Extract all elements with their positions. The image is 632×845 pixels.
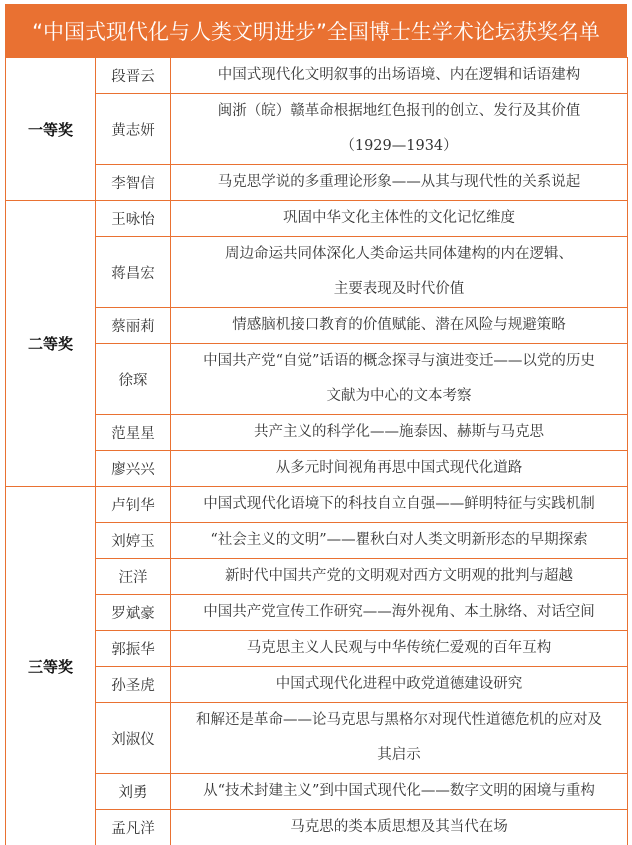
table-row: 孟凡洋马克思的类本质思想及其当代在场: [6, 810, 628, 845]
paper-title-cell: 马克思学说的多重理论形象——从其与现代性的关系说起: [171, 165, 628, 201]
table-row: 蒋昌宏周边命运共同体深化人类命运共同体建构的内在逻辑、主要表现及时代价值: [6, 237, 628, 308]
award-list-document: “中国式现代化与人类文明进步”全国博士生学术论坛获奖名单 一等奖段晋云中国式现代…: [5, 4, 627, 845]
paper-title-line: 巩固中华文化主体性的文化记忆维度: [171, 201, 627, 236]
awards-table: 一等奖段晋云中国式现代化文明叙事的出场语境、内在逻辑和话语建构黄志妍闽浙（皖）赣…: [5, 57, 628, 845]
winner-name-cell: 蒋昌宏: [96, 237, 171, 308]
table-row: 一等奖段晋云中国式现代化文明叙事的出场语境、内在逻辑和话语建构: [6, 58, 628, 94]
table-row: 孙圣虎中国式现代化进程中政党道德建设研究: [6, 667, 628, 703]
paper-title-line: 从多元时间视角再思中国式现代化道路: [171, 451, 627, 486]
paper-title-line: 中国共产党“自觉”话语的概念探寻与演进变迁——以党的历史: [171, 344, 627, 379]
paper-title-cell: 马克思主义人民观与中华传统仁爱观的百年互构: [171, 631, 628, 667]
award-level-cell: 一等奖: [6, 58, 96, 201]
paper-title-line: 共产主义的科学化——施泰因、赫斯与马克思: [171, 415, 627, 450]
paper-title-cell: 新时代中国共产党的文明观对西方文明观的批判与超越: [171, 559, 628, 595]
award-level-cell: 三等奖: [6, 487, 96, 845]
winner-name-cell: 刘淑仪: [96, 703, 171, 774]
paper-title-line: 文献为中心的文本考察: [171, 379, 627, 414]
paper-title-line: 马克思的类本质思想及其当代在场: [171, 810, 627, 845]
paper-title-cell: 中国共产党宣传工作研究——海外视角、本土脉络、对话空间: [171, 595, 628, 631]
paper-title-cell: 马克思的类本质思想及其当代在场: [171, 810, 628, 845]
winner-name-cell: 廖兴兴: [96, 451, 171, 487]
table-row: 郭振华马克思主义人民观与中华传统仁爱观的百年互构: [6, 631, 628, 667]
paper-title-cell: 共产主义的科学化——施泰因、赫斯与马克思: [171, 415, 628, 451]
paper-title-line: 马克思主义人民观与中华传统仁爱观的百年互构: [171, 631, 627, 666]
paper-title-line: 和解还是革命——论马克思与黑格尔对现代性道德危机的应对及: [171, 703, 627, 738]
paper-title-cell: 中国式现代化进程中政党道德建设研究: [171, 667, 628, 703]
winner-name-cell: 王咏怡: [96, 201, 171, 237]
paper-title-line: 中国式现代化语境下的科技自立自强——鲜明特征与实践机制: [171, 487, 627, 522]
winner-name-cell: 范星星: [96, 415, 171, 451]
paper-title-cell: 中国式现代化语境下的科技自立自强——鲜明特征与实践机制: [171, 487, 628, 523]
paper-title-cell: 中国共产党“自觉”话语的概念探寻与演进变迁——以党的历史文献为中心的文本考察: [171, 344, 628, 415]
paper-title-line: 情感脑机接口教育的价值赋能、潜在风险与规避策略: [171, 308, 627, 343]
paper-title-line: 其启示: [171, 738, 627, 773]
table-row: 范星星共产主义的科学化——施泰因、赫斯与马克思: [6, 415, 628, 451]
table-row: 廖兴兴从多元时间视角再思中国式现代化道路: [6, 451, 628, 487]
paper-title-line: 中国式现代化进程中政党道德建设研究: [171, 667, 627, 702]
table-row: 刘婷玉“社会主义的文明”——瞿秋白对人类文明新形态的早期探索: [6, 523, 628, 559]
table-row: 罗斌豪中国共产党宣传工作研究——海外视角、本土脉络、对话空间: [6, 595, 628, 631]
winner-name-cell: 孙圣虎: [96, 667, 171, 703]
paper-title-cell: 和解还是革命——论马克思与黑格尔对现代性道德危机的应对及其启示: [171, 703, 628, 774]
paper-title-line: 从“技术封建主义”到中国式现代化——数字文明的困境与重构: [171, 774, 627, 809]
paper-title-cell: 巩固中华文化主体性的文化记忆维度: [171, 201, 628, 237]
paper-title-line: 中国共产党宣传工作研究——海外视角、本土脉络、对话空间: [171, 595, 627, 630]
winner-name-cell: 蔡丽莉: [96, 308, 171, 344]
paper-title-line: 新时代中国共产党的文明观对西方文明观的批判与超越: [171, 559, 627, 594]
winner-name-cell: 郭振华: [96, 631, 171, 667]
paper-title-line: 闽浙（皖）赣革命根据地红色报刊的创立、发行及其价值: [171, 94, 627, 129]
table-row: 徐琛中国共产党“自觉”话语的概念探寻与演进变迁——以党的历史文献为中心的文本考察: [6, 344, 628, 415]
paper-title-cell: “社会主义的文明”——瞿秋白对人类文明新形态的早期探索: [171, 523, 628, 559]
table-row: 刘淑仪和解还是革命——论马克思与黑格尔对现代性道德危机的应对及其启示: [6, 703, 628, 774]
winner-name-cell: 黄志妍: [96, 94, 171, 165]
winner-name-cell: 刘婷玉: [96, 523, 171, 559]
paper-title-cell: 周边命运共同体深化人类命运共同体建构的内在逻辑、主要表现及时代价值: [171, 237, 628, 308]
paper-title-cell: 情感脑机接口教育的价值赋能、潜在风险与规避策略: [171, 308, 628, 344]
table-row: 刘勇从“技术封建主义”到中国式现代化——数字文明的困境与重构: [6, 774, 628, 810]
paper-title-line: “社会主义的文明”——瞿秋白对人类文明新形态的早期探索: [171, 523, 627, 558]
document-title-bar: “中国式现代化与人类文明进步”全国博士生学术论坛获奖名单: [5, 4, 627, 57]
winner-name-cell: 汪洋: [96, 559, 171, 595]
table-row: 李智信马克思学说的多重理论形象——从其与现代性的关系说起: [6, 165, 628, 201]
paper-title-cell: 从多元时间视角再思中国式现代化道路: [171, 451, 628, 487]
winner-name-cell: 孟凡洋: [96, 810, 171, 845]
table-row: 二等奖王咏怡巩固中华文化主体性的文化记忆维度: [6, 201, 628, 237]
winner-name-cell: 刘勇: [96, 774, 171, 810]
paper-title-cell: 中国式现代化文明叙事的出场语境、内在逻辑和话语建构: [171, 58, 628, 94]
winner-name-cell: 李智信: [96, 165, 171, 201]
table-row: 蔡丽莉情感脑机接口教育的价值赋能、潜在风险与规避策略: [6, 308, 628, 344]
table-row: 三等奖卢钊华中国式现代化语境下的科技自立自强——鲜明特征与实践机制: [6, 487, 628, 523]
awards-table-body: 一等奖段晋云中国式现代化文明叙事的出场语境、内在逻辑和话语建构黄志妍闽浙（皖）赣…: [6, 58, 628, 845]
award-level-cell: 二等奖: [6, 201, 96, 487]
paper-title-cell: 闽浙（皖）赣革命根据地红色报刊的创立、发行及其价值（1929—1934）: [171, 94, 628, 165]
paper-title-line: 周边命运共同体深化人类命运共同体建构的内在逻辑、: [171, 237, 627, 272]
winner-name-cell: 段晋云: [96, 58, 171, 94]
paper-title-line: 主要表现及时代价值: [171, 272, 627, 307]
paper-title-line: （1929—1934）: [171, 129, 627, 164]
table-row: 汪洋新时代中国共产党的文明观对西方文明观的批判与超越: [6, 559, 628, 595]
document-title: “中国式现代化与人类文明进步”全国博士生学术论坛获奖名单: [32, 16, 600, 46]
paper-title-line: 马克思学说的多重理论形象——从其与现代性的关系说起: [171, 165, 627, 200]
paper-title-line: 中国式现代化文明叙事的出场语境、内在逻辑和话语建构: [171, 58, 627, 93]
winner-name-cell: 徐琛: [96, 344, 171, 415]
paper-title-cell: 从“技术封建主义”到中国式现代化——数字文明的困境与重构: [171, 774, 628, 810]
table-row: 黄志妍闽浙（皖）赣革命根据地红色报刊的创立、发行及其价值（1929—1934）: [6, 94, 628, 165]
winner-name-cell: 罗斌豪: [96, 595, 171, 631]
winner-name-cell: 卢钊华: [96, 487, 171, 523]
